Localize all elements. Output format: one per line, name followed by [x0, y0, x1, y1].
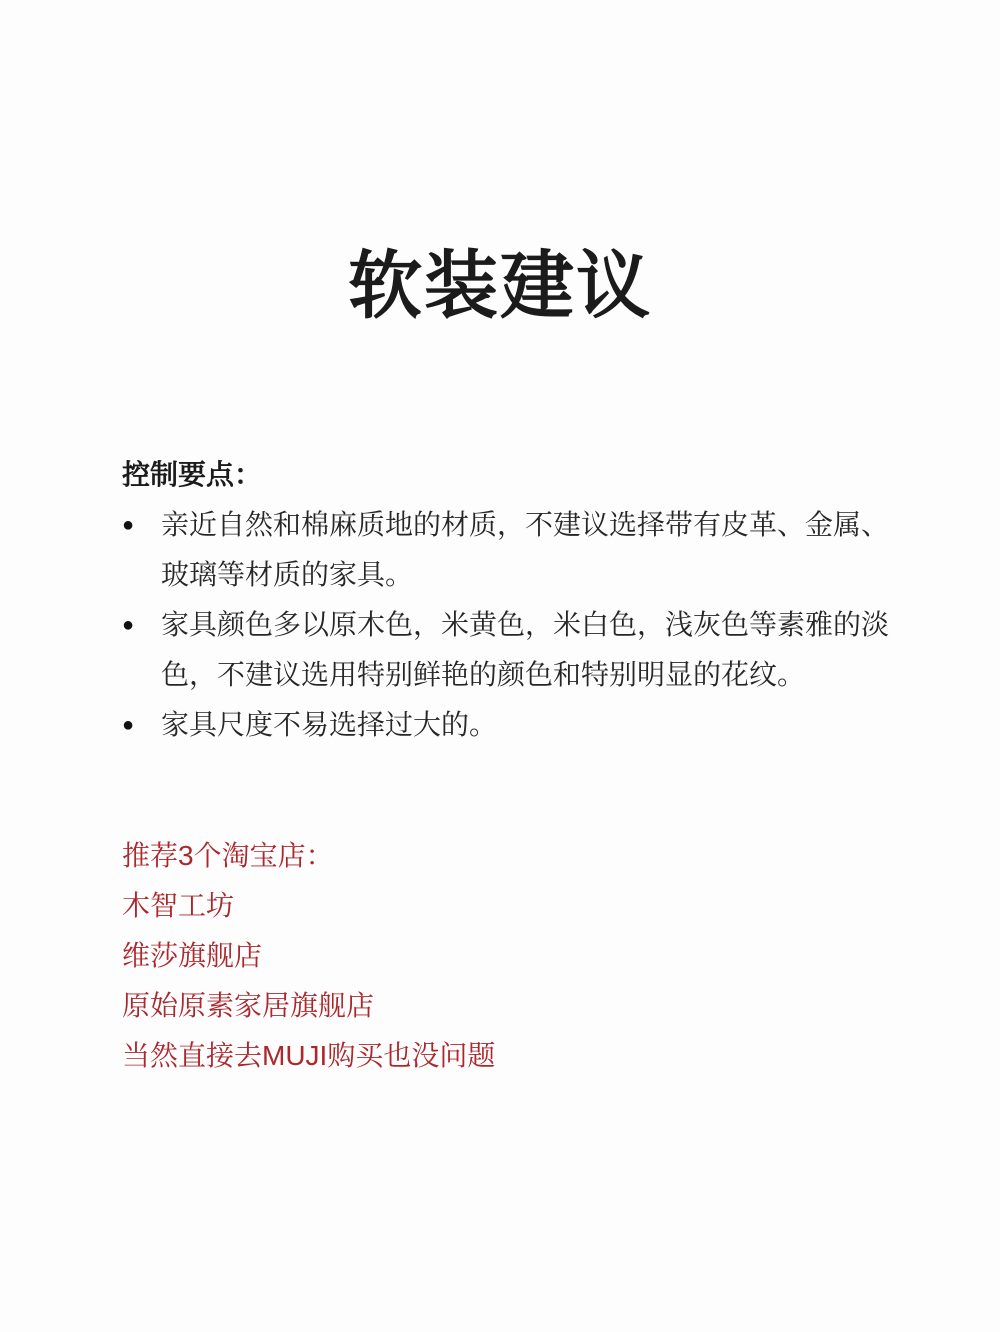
recommendations-intro: 推荐3个淘宝店：	[122, 831, 942, 881]
page: 软装建议 控制要点： ● 亲近自然和棉麻质地的材质，不建议选择带有皮革、金属、玻…	[0, 0, 1000, 1332]
list-item: ● 亲近自然和棉麻质地的材质，不建议选择带有皮革、金属、玻璃等材质的家具。	[122, 500, 912, 600]
key-points-list: ● 亲近自然和棉麻质地的材质，不建议选择带有皮革、金属、玻璃等材质的家具。 ● …	[122, 500, 912, 750]
bullet-text: 亲近自然和棉麻质地的材质，不建议选择带有皮革、金属、玻璃等材质的家具。	[161, 500, 912, 600]
page-title: 软装建议	[0, 243, 1000, 328]
shop-name: 维莎旗舰店	[122, 931, 942, 981]
bullet-icon: ●	[122, 600, 161, 650]
shop-name: 木智工坊	[122, 881, 942, 931]
bullet-icon: ●	[122, 700, 161, 750]
bullet-text: 家具颜色多以原木色，米黄色，米白色，浅灰色等素雅的淡色，不建议选用特别鲜艳的颜色…	[161, 600, 912, 700]
key-points-section: 控制要点： ● 亲近自然和棉麻质地的材质，不建议选择带有皮革、金属、玻璃等材质的…	[122, 450, 912, 750]
list-item: ● 家具颜色多以原木色，米黄色，米白色，浅灰色等素雅的淡色，不建议选用特别鲜艳的…	[122, 600, 912, 700]
shop-name: 原始原素家居旗舰店	[122, 981, 942, 1031]
key-points-heading: 控制要点：	[122, 450, 912, 500]
recommendations-note: 当然直接去MUJI购买也没问题	[122, 1031, 942, 1081]
recommendations-section: 推荐3个淘宝店： 木智工坊 维莎旗舰店 原始原素家居旗舰店 当然直接去MUJI购…	[122, 831, 942, 1081]
bullet-icon: ●	[122, 500, 161, 550]
list-item: ● 家具尺度不易选择过大的。	[122, 700, 912, 750]
bullet-text: 家具尺度不易选择过大的。	[161, 700, 912, 750]
